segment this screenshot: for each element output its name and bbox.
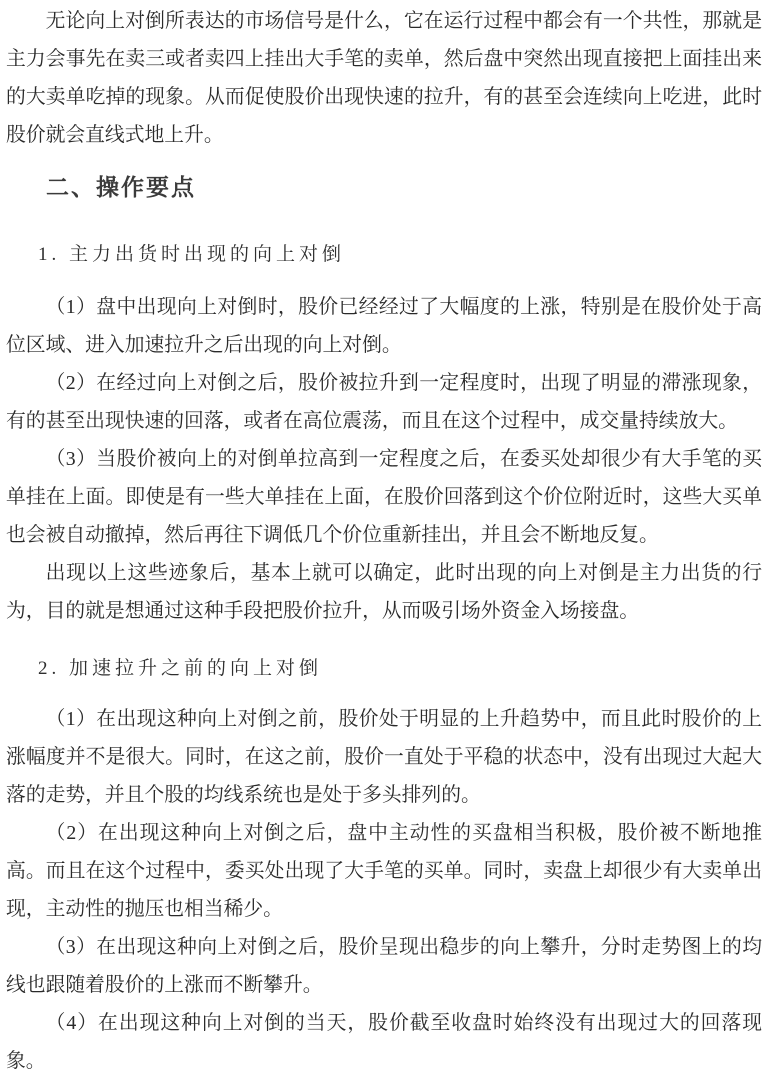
subsection-2-item-4: （4）在出现这种向上对倒的当天，股价截至收盘时始终没有出现过大的回落现象。: [6, 1004, 762, 1077]
book-page: 无论向上对倒所表达的市场信号是什么，它在运行过程中都会有一个共性，那就是主力会事…: [0, 0, 768, 1077]
subsection-1-item-3: （3）当股价被向上的对倒单拉高到一定程度之后，在委买处却很少有大手笔的买单挂在上…: [6, 440, 762, 554]
subsection-1-title: 1. 主力出货时出现的向上对倒: [6, 240, 762, 270]
subsection-2-item-2: （2）在出现这种向上对倒之后，盘中主动性的买盘相当积极，股价被不断地推高。而且在…: [6, 814, 762, 928]
subsection-1-conclusion: 出现以上这些迹象后，基本上就可以确定，此时出现的向上对倒是主力出货的行为，目的就…: [6, 554, 762, 630]
subsection-2-title: 2. 加速拉升之前的向上对倒: [6, 654, 762, 684]
subsection-1-item-1: （1）盘中出现向上对倒时，股价已经经过了大幅度的上涨，特别是在股价处于高位区域、…: [6, 288, 762, 364]
section-heading: 二、操作要点: [6, 170, 762, 204]
subsection-2-item-3: （3）在出现这种向上对倒之后，股价呈现出稳步的向上攀升，分时走势图上的均线也跟随…: [6, 928, 762, 1004]
subsection-2-item-1: （1）在出现这种向上对倒之前，股价处于明显的上升趋势中，而且此时股价的上涨幅度并…: [6, 700, 762, 814]
intro-paragraph: 无论向上对倒所表达的市场信号是什么，它在运行过程中都会有一个共性，那就是主力会事…: [6, 2, 762, 154]
subsection-1-item-2: （2）在经过向上对倒之后，股价被拉升到一定程度时，出现了明显的滞涨现象，有的甚至…: [6, 364, 762, 440]
